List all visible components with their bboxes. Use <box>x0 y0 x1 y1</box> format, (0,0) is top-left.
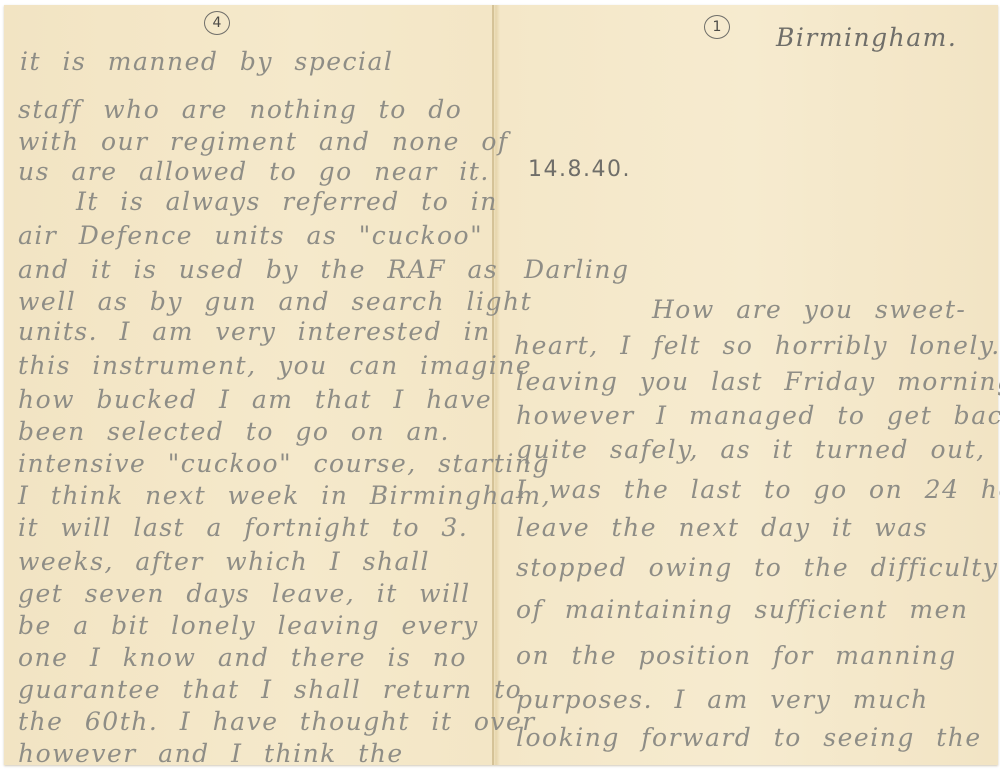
text-line: with our regiment and none of <box>18 127 509 156</box>
text-line: however and I think the <box>18 739 404 768</box>
page-number-circle: 1 <box>704 15 730 39</box>
text-line: I think next week in Birmingham, <box>18 481 551 510</box>
right-page: 1 Birmingham. 14.8.40. Darling How are y… <box>494 5 998 765</box>
text-line: purposes. I am very much <box>516 685 929 714</box>
text-line: air Defence units as "cuckoo" <box>18 221 483 250</box>
text-line: heart, I felt so horribly lonely. <box>514 331 1000 360</box>
text-line: weeks, after which I shall <box>18 547 430 576</box>
text-line: units. I am very interested in <box>18 317 491 346</box>
text-line: I was the last to go on 24 hours <box>516 475 1000 504</box>
text-line: quite safely, as it turned out, <box>516 435 986 464</box>
text-line: it will last a fortnight to 3. <box>18 513 468 542</box>
text-line: be a bit lonely leaving every <box>18 611 479 640</box>
text-line: guarantee that I shall return to <box>18 675 522 704</box>
text-line: on the position for manning <box>516 641 957 670</box>
text-line: of maintaining sufficient men <box>516 595 968 624</box>
text-line: one I know and there is no <box>18 643 467 672</box>
letter-sheet: 4 it is manned by special staff who are … <box>4 5 998 765</box>
text-line: intensive "cuckoo" course, starting <box>18 449 550 478</box>
text-line: and it is used by the RAF as <box>18 255 498 284</box>
text-line: however I managed to get back. <box>516 401 1000 430</box>
text-line: It is always referred to in <box>76 187 498 216</box>
left-page: 4 it is manned by special staff who are … <box>4 5 492 765</box>
text-line: How are you sweet- <box>652 295 966 324</box>
text-line: leave the next day it was <box>516 513 928 542</box>
salutation: Darling <box>524 255 630 284</box>
page-number-circle: 4 <box>204 11 230 35</box>
text-line: get seven days leave, it will <box>18 579 471 608</box>
text-line: stopped owing to the difficulty <box>516 553 998 582</box>
letter-date: 14.8.40. <box>528 157 631 182</box>
text-line: staff who are nothing to do <box>18 95 462 124</box>
text-line: looking forward to seeing the <box>516 723 982 752</box>
text-line: this instrument, you can imagine <box>18 351 532 380</box>
text-line: well as by gun and search light <box>18 287 532 316</box>
text-line: been selected to go on an. <box>18 417 450 446</box>
text-line: it is manned by special <box>20 47 393 76</box>
address-place: Birmingham. <box>776 23 957 52</box>
text-line: the 60th. I have thought it over <box>18 707 536 736</box>
text-line: how bucked I am that I have <box>18 385 492 414</box>
text-line: leaving you last Friday morning, <box>516 367 1000 396</box>
text-line: us are allowed to go near it. <box>18 157 490 186</box>
